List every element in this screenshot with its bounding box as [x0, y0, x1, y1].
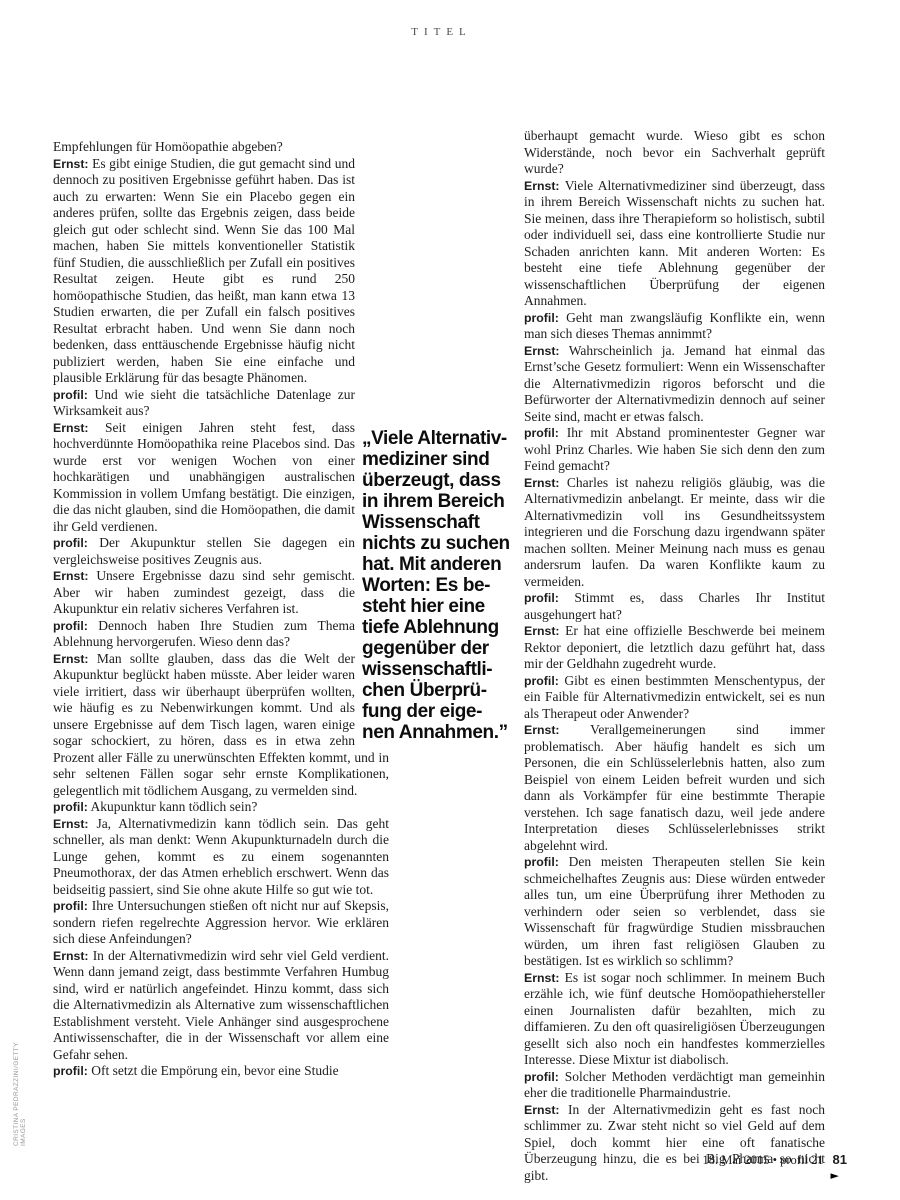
speaker-label: Ernst: — [524, 624, 560, 638]
speaker-label: profil: — [53, 800, 88, 814]
speaker-label: Ernst: — [53, 421, 89, 435]
interview-paragraph: Ernst: Unsere Ergebnisse dazu sind sehr … — [53, 568, 389, 618]
interview-paragraph: Ernst: Charles ist nahezu religiös gläub… — [524, 475, 825, 591]
speaker-label: Ernst: — [524, 723, 560, 737]
magazine-page: TITEL Empfehlungen für Homöopathie abgeb… — [0, 0, 900, 1200]
speaker-label: profil: — [53, 388, 88, 402]
interview-paragraph: profil: Akupunktur kann tödlich sein? — [53, 799, 389, 816]
interview-paragraph: profil: Gibt es einen bestimmten Mensche… — [524, 673, 825, 723]
interview-paragraph: profil: Und wie sieht die tatsächliche D… — [53, 387, 389, 420]
interview-paragraph: profil: Stimmt es, dass Charles Ihr Inst… — [524, 590, 825, 623]
interview-paragraph: Ernst: Er hat eine offizielle Beschwerde… — [524, 623, 825, 673]
footer-page-number: 81 — [833, 1152, 847, 1167]
interview-paragraph: Ernst: Es gibt einige Studien, die gut g… — [53, 156, 389, 387]
speaker-label: profil: — [524, 1070, 559, 1084]
continuation-paragraph: Empfehlungen für Homöopathie abgeben? — [53, 139, 389, 156]
speaker-label: Ernst: — [53, 949, 89, 963]
speaker-label: profil: — [524, 855, 559, 869]
page-footer: 18. Mai 2015 • profil 2181 — [702, 1152, 847, 1168]
interview-paragraph: Ernst: Es ist sogar noch schlimmer. In m… — [524, 970, 825, 1069]
interview-paragraph: profil: Dennoch haben Ihre Studien zum T… — [53, 618, 389, 651]
section-label: TITEL — [0, 26, 883, 38]
speaker-label: profil: — [53, 619, 88, 633]
speaker-label: Ernst: — [524, 476, 560, 490]
interview-paragraph: Ernst: In der Alternativmedizin wird seh… — [53, 948, 389, 1064]
interview-paragraph: Ernst: Seit einigen Jahren steht fest, d… — [53, 420, 389, 536]
speaker-label: Ernst: — [53, 652, 89, 666]
speaker-label: profil: — [524, 674, 559, 688]
article-column-left: Empfehlungen für Homöopathie abgeben?Ern… — [53, 139, 389, 1080]
interview-paragraph: profil: Solcher Methoden verdächtigt man… — [524, 1069, 825, 1102]
speaker-label: Ernst: — [53, 157, 89, 171]
speaker-label: Ernst: — [524, 344, 560, 358]
interview-paragraph: Ernst: In der Alternativmedizin geht es … — [524, 1102, 825, 1185]
interview-paragraph: profil: Oft setzt die Empörung ein, bevo… — [53, 1063, 389, 1080]
footer-issue-line: 18. Mai 2015 • profil 21 — [702, 1153, 823, 1167]
speaker-label: profil: — [53, 536, 88, 550]
continued-arrow-icon: ► — [831, 1168, 839, 1185]
article-column-right: überhaupt gemacht wurde. Wieso gibt es s… — [524, 128, 825, 1184]
speaker-label: Ernst: — [524, 179, 560, 193]
pull-quote: „Viele Alternativ- mediziner sind überze… — [362, 428, 540, 743]
continuation-paragraph: überhaupt gemacht wurde. Wieso gibt es s… — [524, 128, 825, 178]
interview-paragraph: Ernst: Man sollte glauben, dass das die … — [53, 651, 389, 800]
speaker-label: Ernst: — [524, 971, 560, 985]
photo-credit: CRISTINA PEDRAZZINI/GETTY IMAGES — [13, 1036, 27, 1146]
interview-paragraph: Ernst: Wahrscheinlich ja. Jemand hat ein… — [524, 343, 825, 426]
interview-paragraph: Ernst: Ja, Alternativmedizin kann tödlic… — [53, 816, 389, 899]
interview-paragraph: profil: Der Akupunktur stellen Sie dageg… — [53, 535, 389, 568]
interview-paragraph: profil: Ihr mit Abstand prominentester G… — [524, 425, 825, 475]
speaker-label: Ernst: — [53, 569, 89, 583]
speaker-label: profil: — [524, 426, 559, 440]
speaker-label: profil: — [53, 899, 88, 913]
interview-paragraph: Ernst: Viele Alternativmediziner sind üb… — [524, 178, 825, 310]
interview-paragraph: profil: Ihre Untersuchungen stießen oft … — [53, 898, 389, 948]
speaker-label: Ernst: — [53, 817, 89, 831]
speaker-label: Ernst: — [524, 1103, 560, 1117]
speaker-label: profil: — [524, 591, 559, 605]
speaker-label: profil: — [53, 1064, 88, 1078]
interview-paragraph: profil: Den meisten Therapeuten stellen … — [524, 854, 825, 970]
interview-paragraph: Ernst: Verallgemeinerungen sind immer pr… — [524, 722, 825, 854]
speaker-label: profil: — [524, 311, 559, 325]
interview-paragraph: profil: Geht man zwangsläufig Konflikte … — [524, 310, 825, 343]
